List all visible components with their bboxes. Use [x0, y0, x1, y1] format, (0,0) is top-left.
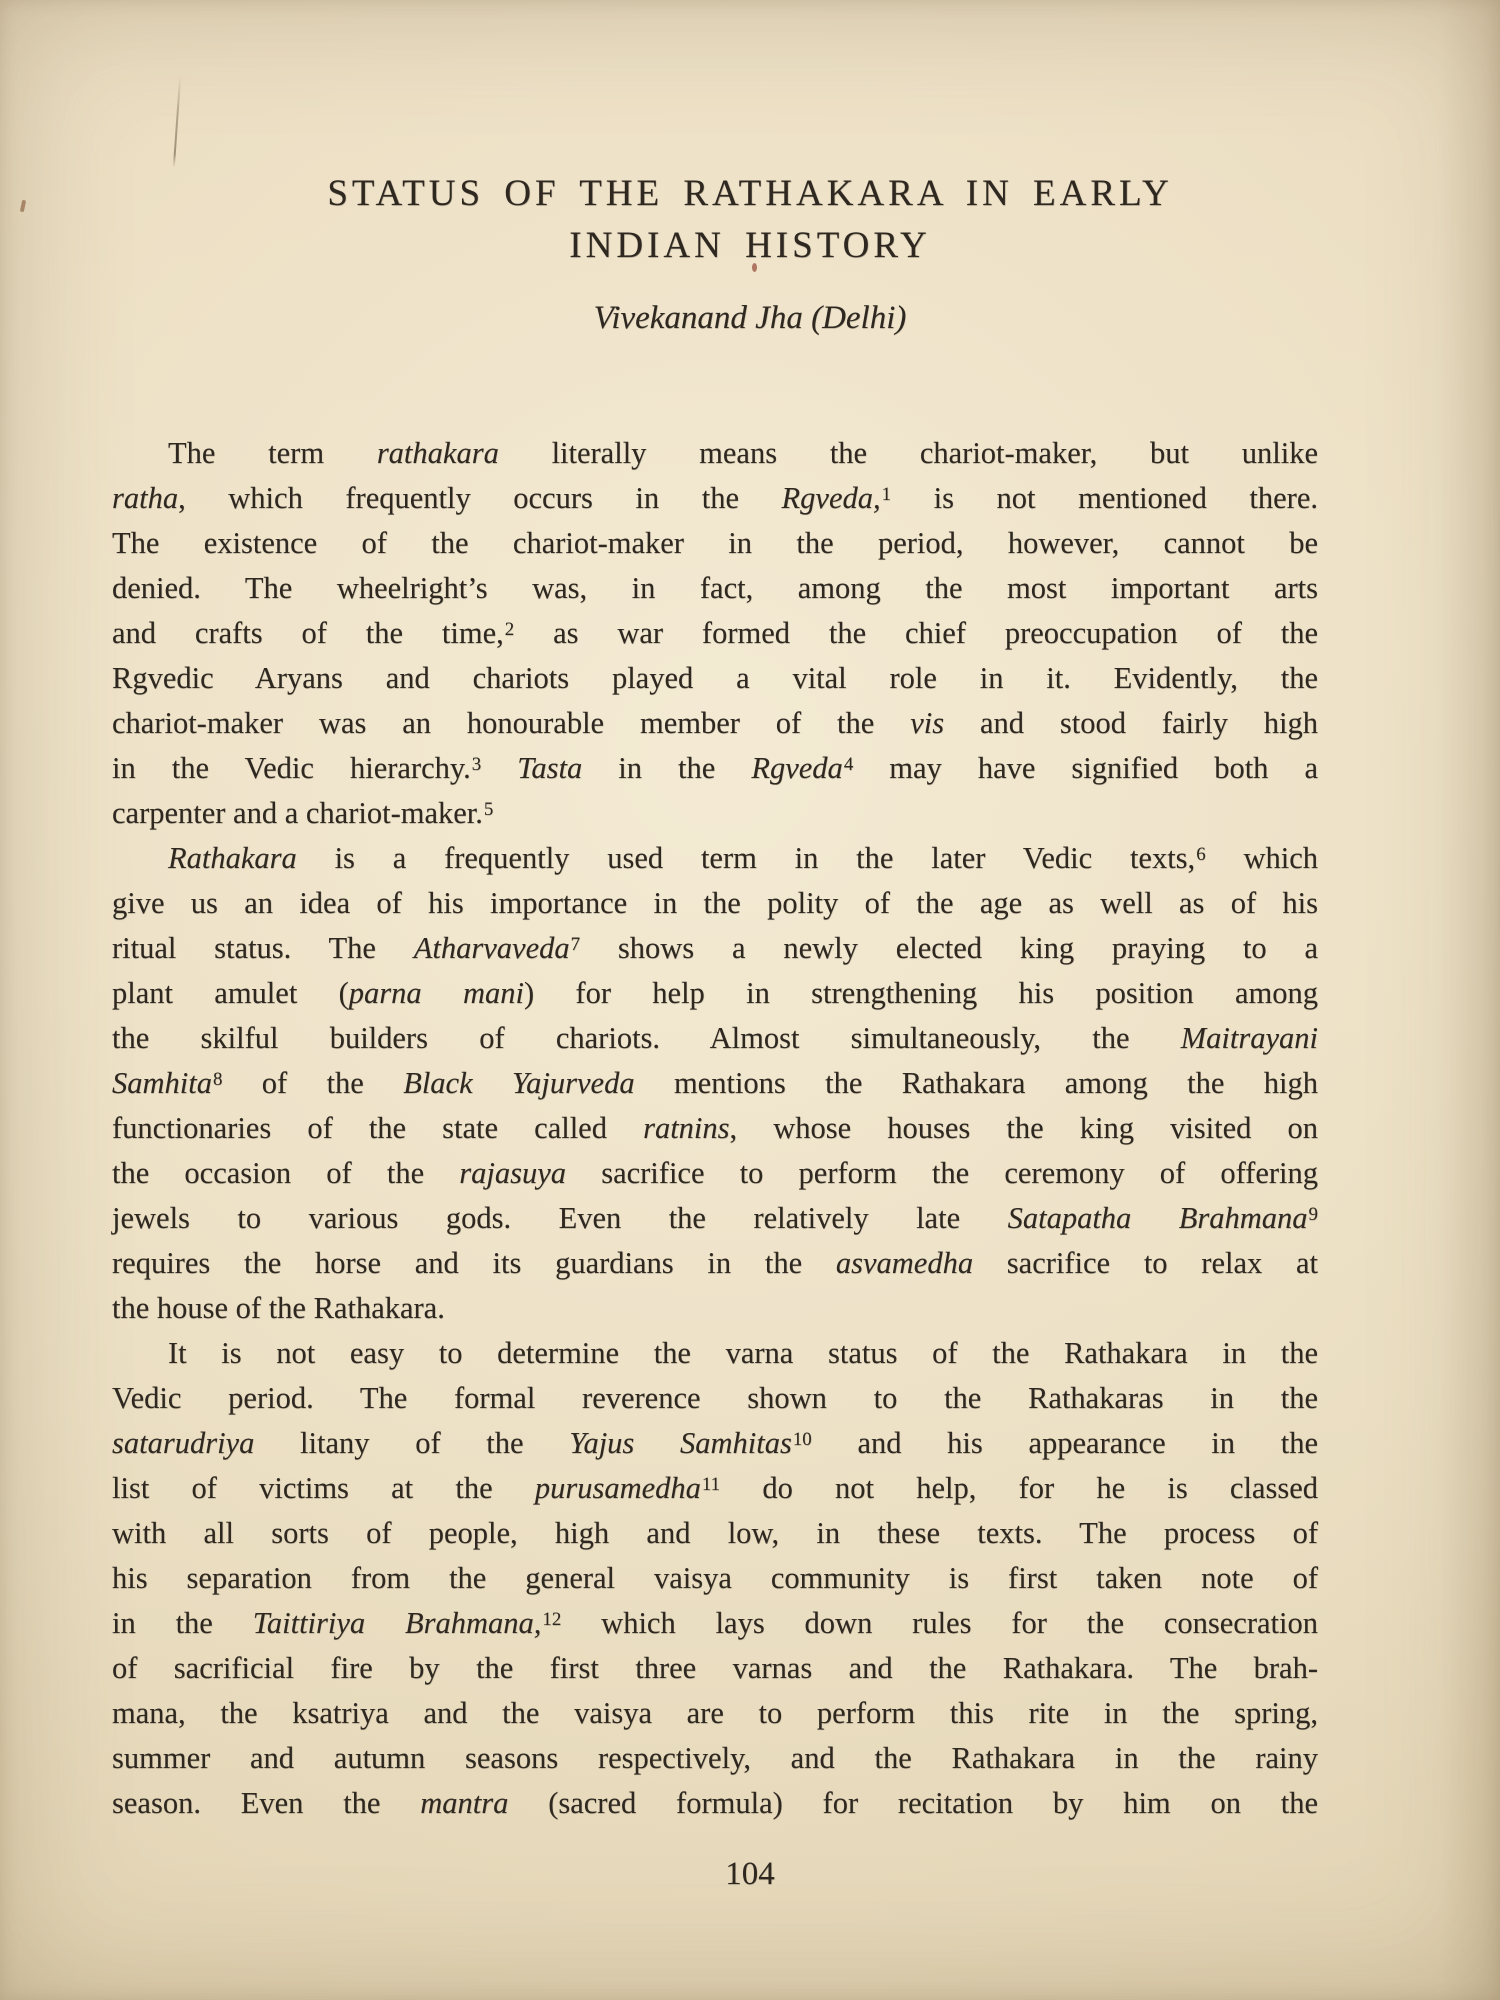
text-segment: chariot-maker was an honourable member o…: [112, 706, 910, 740]
text-line: Vedic period. The formal reverence shown…: [112, 1376, 1318, 1421]
text-segment: Taittiriya Brahmana,: [253, 1606, 542, 1640]
text-segment: Rgveda: [751, 751, 842, 785]
text-line: season. Even the mantra (sacred formula)…: [112, 1781, 1318, 1826]
text-line: the house of the Rathakara.: [112, 1286, 1318, 1331]
text-segment: the house of the Rathakara.: [112, 1291, 445, 1325]
text-segment: The term: [168, 436, 377, 470]
text-segment: carpenter and a chariot-maker.: [112, 796, 483, 830]
text-segment: Rathakara: [168, 841, 297, 875]
text-line: of sacrificial fire by the first three v…: [112, 1646, 1318, 1691]
text-line: The term rathakara literally means the c…: [112, 431, 1318, 476]
footnote-ref: 6: [1196, 844, 1205, 865]
text-segment: and crafts of the time,: [112, 616, 504, 650]
text-line: chariot-maker was an honourable member o…: [112, 701, 1318, 746]
text-line: mana, the ksatriya and the vaisya are to…: [112, 1691, 1318, 1736]
text-line: requires the horse and its guardians in …: [112, 1241, 1318, 1286]
text-segment: with all sorts of people, high and low, …: [112, 1516, 1318, 1550]
text-line: It is not easy to determine the varna st…: [112, 1331, 1318, 1376]
text-segment: purusamedha: [535, 1471, 701, 1505]
text-segment: rajasuya: [459, 1156, 566, 1190]
text-line: his separation from the general vaisya c…: [112, 1556, 1318, 1601]
text-segment: list of victims at the: [112, 1471, 535, 1505]
text-segment: mana, the ksatriya and the vaisya are to…: [112, 1696, 1318, 1730]
text-segment: plant amulet (: [112, 976, 349, 1010]
text-segment: Satapatha Brahmana: [1008, 1201, 1308, 1235]
text-line: with all sorts of people, high and low, …: [112, 1511, 1318, 1556]
text-segment: (sacred formula) for recitation by him o…: [508, 1786, 1318, 1820]
footnote-ref: 1: [882, 484, 891, 505]
text-line: list of victims at the purusamedha11 do …: [112, 1466, 1318, 1511]
text-segment: sacrifice to relax at: [973, 1246, 1318, 1280]
text-segment: in the: [582, 751, 751, 785]
text-segment: ratnins: [643, 1111, 729, 1145]
text-segment: Samhita: [112, 1066, 212, 1100]
text-segment: summer and autumn seasons respectively, …: [112, 1741, 1318, 1775]
text-segment: mantra: [420, 1786, 508, 1820]
text-segment: as war formed the chief preoccupation of…: [514, 616, 1318, 650]
text-segment: literally means the chariot-maker, but u…: [499, 436, 1318, 470]
text-segment: asvamedha: [836, 1246, 973, 1280]
footnote-ref: 4: [844, 754, 853, 775]
footnote-ref: 12: [542, 1609, 561, 1630]
text-segment: [481, 751, 517, 785]
footnote-ref: 5: [484, 799, 493, 820]
footnote-ref: 7: [571, 934, 580, 955]
footnote-ref: 10: [793, 1429, 812, 1450]
text-segment: season. Even the: [112, 1786, 420, 1820]
text-segment: parna mani: [349, 976, 524, 1010]
text-segment: sacrifice to perform the ceremony of off…: [566, 1156, 1318, 1190]
text-segment: Maitrayani: [1181, 1021, 1318, 1055]
text-segment: Atharvaveda: [414, 931, 570, 965]
author-line: Vivekanand Jha (Delhi): [0, 300, 1500, 337]
text-line: in the Taittiriya Brahmana,12 which lays…: [112, 1601, 1318, 1646]
text-segment: , whose houses the king visited on: [730, 1111, 1318, 1145]
text-segment: ritual status. The: [112, 931, 414, 965]
text-line: Rgvedic Aryans and chariots played a vit…: [112, 656, 1318, 701]
text-line: Samhita8 of the Black Yajurveda mentions…: [112, 1061, 1318, 1106]
text-line: plant amulet (parna mani) for help in st…: [112, 971, 1318, 1016]
text-segment: mentions the Rathakara among the high: [635, 1066, 1318, 1100]
text-segment: and his appearance in the: [812, 1426, 1318, 1460]
text-segment: Black Yajurveda: [403, 1066, 634, 1100]
text-segment: of sacrificial fire by the first three v…: [112, 1651, 1318, 1685]
scanned-page: STATUS OF THE RATHAKARA IN EARLY INDIAN …: [0, 0, 1500, 2000]
page-title-line-2: INDIAN HISTORY: [0, 220, 1500, 272]
text-segment: Tasta: [517, 751, 582, 785]
text-segment: the occasion of the: [112, 1156, 459, 1190]
page-title: STATUS OF THE RATHAKARA IN EARLY INDIAN …: [0, 168, 1500, 272]
text-line: ritual status. The Atharvaveda7 shows a …: [112, 926, 1318, 971]
text-segment: requires the horse and its guardians in …: [112, 1246, 836, 1280]
text-line: The existence of the chariot-maker in th…: [112, 521, 1318, 566]
text-line: in the Vedic hierarchy.3 Tasta in the Rg…: [112, 746, 1318, 791]
text-segment: The existence of the chariot-maker in th…: [112, 526, 1318, 560]
text-line: and crafts of the time,2 as war formed t…: [112, 611, 1318, 656]
text-segment: in the: [112, 1606, 253, 1640]
text-line: ratha, which frequently occurs in the Rg…: [112, 476, 1318, 521]
text-segment: Yajus Samhitas: [569, 1426, 792, 1460]
text-segment: , which frequently occurs in the: [178, 481, 781, 515]
text-segment: is not mentioned there.: [891, 481, 1318, 515]
scan-artifact-scratch: [173, 76, 181, 168]
page-number: 104: [0, 1856, 1500, 1893]
text-segment: functionaries of the state called: [112, 1111, 643, 1145]
text-segment: denied. The wheelright’s was, in fact, a…: [112, 571, 1318, 605]
text-segment: the skilful builders of chariots. Almost…: [112, 1021, 1181, 1055]
page-title-line-1: STATUS OF THE RATHAKARA IN EARLY: [0, 168, 1500, 220]
body-text: The term rathakara literally means the c…: [112, 431, 1318, 1826]
text-segment: jewels to various gods. Even the relativ…: [112, 1201, 1008, 1235]
text-segment: rathakara: [377, 436, 499, 470]
text-segment: satarudriya: [112, 1426, 254, 1460]
text-segment: is a frequently used term in the later V…: [297, 841, 1195, 875]
footnote-ref: 9: [1309, 1204, 1318, 1225]
text-segment: Rgvedic Aryans and chariots played a vit…: [112, 661, 1318, 695]
text-segment: and stood fairly high: [944, 706, 1318, 740]
text-segment: give us an idea of his importance in the…: [112, 886, 1318, 920]
text-line: carpenter and a chariot-maker.5: [112, 791, 1318, 836]
text-segment: his separation from the general vaisya c…: [112, 1561, 1318, 1595]
text-segment: do not help, for he is classed: [720, 1471, 1318, 1505]
footnote-ref: 11: [702, 1474, 720, 1495]
text-segment: which: [1206, 841, 1318, 875]
text-line: functionaries of the state called ratnin…: [112, 1106, 1318, 1151]
text-segment: Rgveda,: [782, 481, 881, 515]
text-line: satarudriya litany of the Yajus Samhitas…: [112, 1421, 1318, 1466]
text-line: Rathakara is a frequently used term in t…: [112, 836, 1318, 881]
footnote-ref: 8: [213, 1069, 222, 1090]
text-segment: Vedic period. The formal reverence shown…: [112, 1381, 1318, 1415]
text-line: the skilful builders of chariots. Almost…: [112, 1016, 1318, 1061]
text-segment: shows a newly elected king praying to a: [580, 931, 1318, 965]
text-segment: of the: [222, 1066, 403, 1100]
text-segment: It is not easy to determine the varna st…: [168, 1336, 1318, 1370]
text-line: give us an idea of his importance in the…: [112, 881, 1318, 926]
footnote-ref: 2: [505, 619, 514, 640]
text-segment: ratha: [112, 481, 178, 515]
text-line: summer and autumn seasons respectively, …: [112, 1736, 1318, 1781]
text-segment: may have signified both a: [853, 751, 1318, 785]
text-segment: in the Vedic hierarchy.: [112, 751, 471, 785]
text-segment: which lays down rules for the consecrati…: [561, 1606, 1318, 1640]
text-line: denied. The wheelright’s was, in fact, a…: [112, 566, 1318, 611]
text-segment: vis: [910, 706, 944, 740]
text-segment: ) for help in strengthening his position…: [524, 976, 1318, 1010]
text-line: jewels to various gods. Even the relativ…: [112, 1196, 1318, 1241]
text-segment: litany of the: [254, 1426, 569, 1460]
text-line: the occasion of the rajasuya sacrifice t…: [112, 1151, 1318, 1196]
footnote-ref: 3: [472, 754, 481, 775]
